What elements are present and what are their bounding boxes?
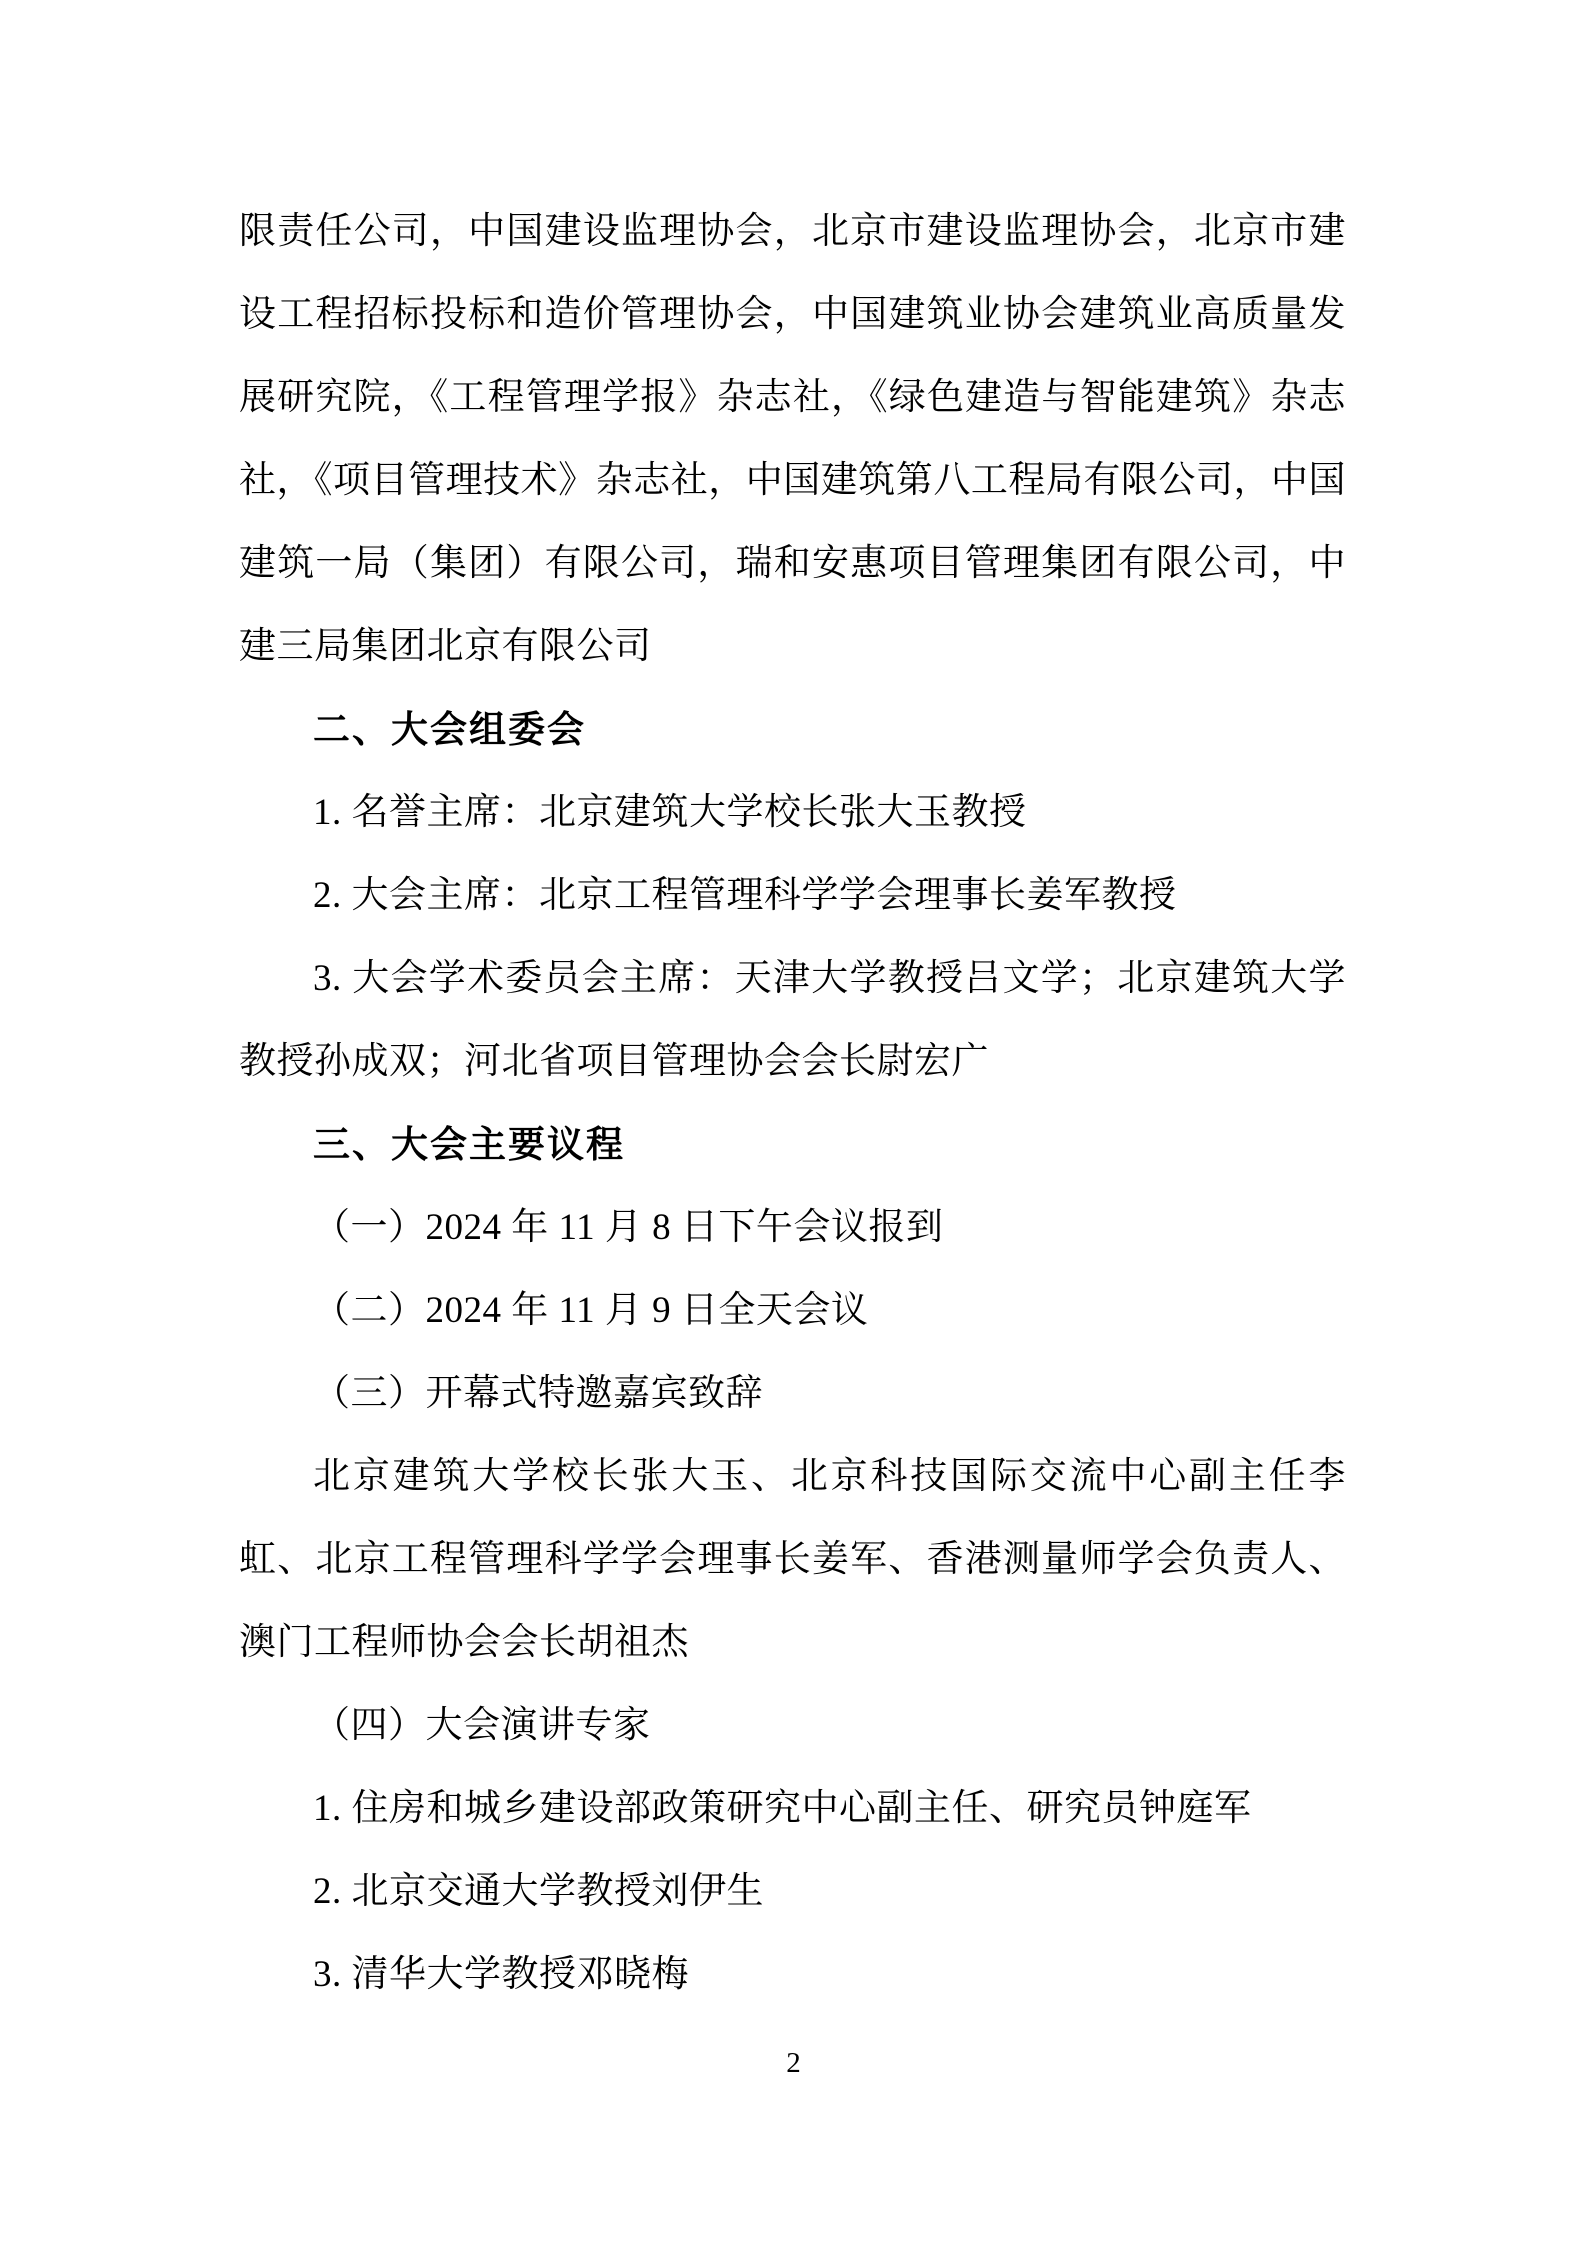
paragraph: 限责任公司，中国建设监理协会，北京市建设监理协会，北京市建设工程招标投标和造价管…	[239, 190, 1346, 688]
paragraph: （三）开幕式特邀嘉宾致辞	[239, 1352, 1346, 1435]
document-page: 限责任公司，中国建设监理协会，北京市建设监理协会，北京市建设工程招标投标和造价管…	[0, 0, 1587, 2245]
paragraph: 3. 大会学术委员会主席：天津大学教授吕文学；北京建筑大学教授孙成双；河北省项目…	[239, 937, 1346, 1103]
paragraph: 2. 北京交通大学教授刘伊生	[239, 1850, 1346, 1933]
page-footer: 2	[0, 2043, 1587, 2083]
paragraph: （四）大会演讲专家	[239, 1684, 1346, 1767]
paragraph: 1. 住房和城乡建设部政策研究中心副主任、研究员钟庭军	[239, 1767, 1346, 1850]
document-body: 限责任公司，中国建设监理协会，北京市建设监理协会，北京市建设工程招标投标和造价管…	[239, 190, 1346, 2016]
section-heading: 三、大会主要议程	[239, 1103, 1346, 1186]
paragraph: （一）2024 年 11 月 8 日下午会议报到	[239, 1186, 1346, 1269]
paragraph: （二）2024 年 11 月 9 日全天会议	[239, 1269, 1346, 1352]
section-heading: 二、大会组委会	[239, 688, 1346, 771]
paragraph: 3. 清华大学教授邓晓梅	[239, 1933, 1346, 2016]
paragraph: 1. 名誉主席：北京建筑大学校长张大玉教授	[239, 771, 1346, 854]
paragraph: 2. 大会主席：北京工程管理科学学会理事长姜军教授	[239, 854, 1346, 937]
paragraph: 北京建筑大学校长张大玉、北京科技国际交流中心副主任李虹、北京工程管理科学学会理事…	[239, 1435, 1346, 1684]
page-number: 2	[786, 2047, 801, 2079]
